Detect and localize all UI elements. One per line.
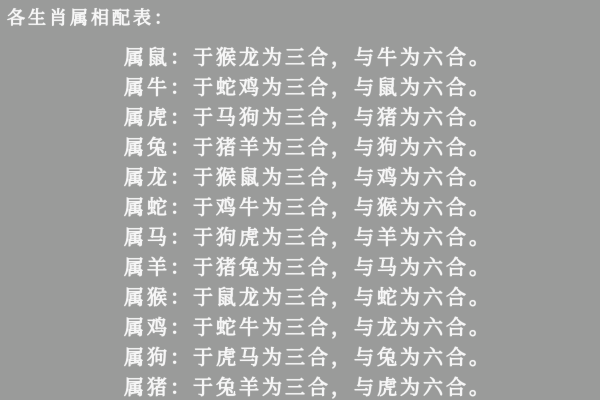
- zodiac-line-rat: 属鼠：于猴龙为三合，与牛为六合。: [124, 42, 492, 72]
- zodiac-line-rabbit: 属兔：于猪羊为三合，与狗为六合。: [124, 132, 492, 162]
- page-title: 各生肖属相配表：: [7, 4, 175, 30]
- zodiac-line-tiger: 属虎：于马狗为三合，与猪为六合。: [124, 102, 492, 132]
- zodiac-line-snake: 属蛇：于鸡牛为三合，与猴为六合。: [124, 192, 492, 222]
- zodiac-line-ox: 属牛：于蛇鸡为三合，与鼠为六合。: [124, 72, 492, 102]
- zodiac-line-pig: 属猪：于兔羊为三合，与虎为六合。: [124, 372, 492, 400]
- zodiac-line-rooster: 属鸡：于蛇牛为三合，与龙为六合。: [124, 312, 492, 342]
- zodiac-line-goat: 属羊：于猪兔为三合，与马为六合。: [124, 252, 492, 282]
- zodiac-line-horse: 属马：于狗虎为三合，与羊为六合。: [124, 222, 492, 252]
- zodiac-compatibility-page: 各生肖属相配表： 属鼠：于猴龙为三合，与牛为六合。 属牛：于蛇鸡为三合，与鼠为六…: [0, 0, 600, 400]
- zodiac-line-list: 属鼠：于猴龙为三合，与牛为六合。 属牛：于蛇鸡为三合，与鼠为六合。 属虎：于马狗…: [124, 42, 492, 400]
- zodiac-line-monkey: 属猴：于鼠龙为三合，与蛇为六合。: [124, 282, 492, 312]
- zodiac-line-dragon: 属龙：于猴鼠为三合，与鸡为六合。: [124, 162, 492, 192]
- zodiac-line-dog: 属狗：于虎马为三合，与兔为六合。: [124, 342, 492, 372]
